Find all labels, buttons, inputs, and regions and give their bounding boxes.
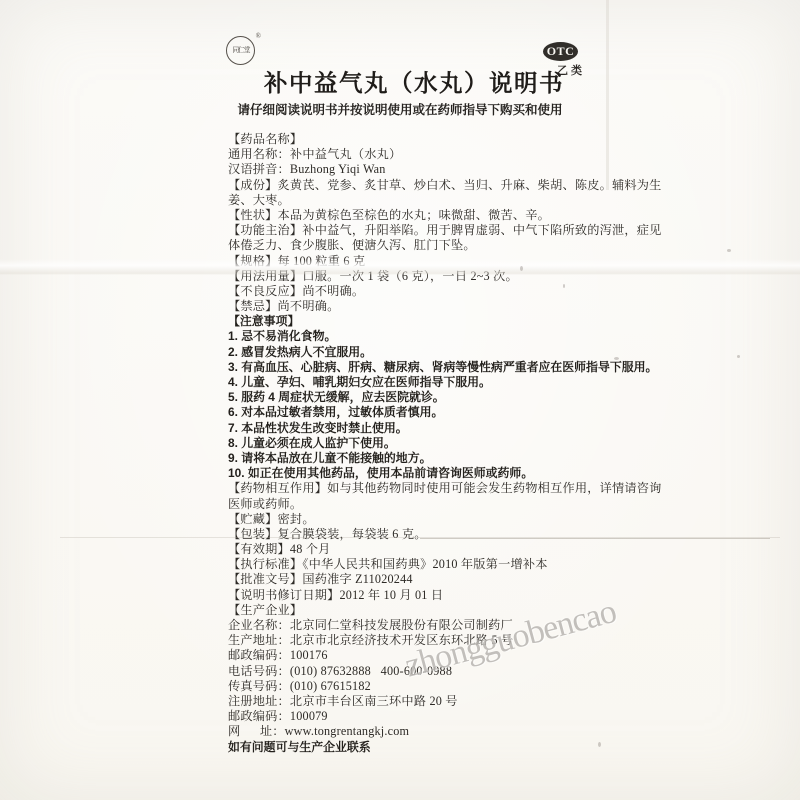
- body-line: 【有效期】48 个月: [228, 542, 662, 557]
- paper-speck: [520, 266, 523, 271]
- body-line: 邮政编码：100079: [228, 709, 662, 724]
- paper-streak: [606, 0, 609, 190]
- paper-speck: [563, 284, 565, 288]
- body-line: 10. 如正在使用其他药品，使用本品前请咨询医师或药师。: [228, 466, 662, 481]
- paper-speck: [737, 355, 740, 358]
- tongrentang-seal-logo: 同仁堂 ®: [226, 36, 255, 65]
- body-line: 8. 儿童必须在成人监护下使用。: [228, 436, 662, 451]
- paper-crease: [420, 538, 770, 539]
- body-line: 1. 忌不易消化食物。: [228, 329, 662, 344]
- seal-brand-text: 同仁堂: [232, 47, 249, 54]
- body-line: 【贮藏】密封。: [228, 512, 662, 527]
- body-line: 【批准文号】国药准字 Z11020244: [228, 572, 662, 587]
- body-line: 【不良反应】尚不明确。: [228, 284, 662, 299]
- body-line: 通用名称：补中益气丸（水丸）: [228, 147, 662, 162]
- body-line: 汉语拼音：Buzhong Yiqi Wan: [228, 162, 662, 177]
- body-line: 7. 本品性状发生改变时禁止使用。: [228, 421, 662, 436]
- page-title: 补中益气丸（水丸）说明书: [0, 64, 800, 98]
- body-line: 体倦乏力、食少腹胀、便溏久泻、肛门下坠。: [228, 238, 662, 253]
- page-subtitle: 请仔细阅读说明书并按说明使用或在药师指导下购买和使用: [0, 100, 800, 118]
- body-line: 3. 有高血压、心脏病、肝病、糖尿病、肾病等慢性病严重者应在医师指导下服用。: [228, 360, 662, 375]
- leaflet-page: 同仁堂 ® OTC 乙类 补中益气丸（水丸）说明书 请仔细阅读说明书并按说明使用…: [0, 0, 800, 800]
- body-line: 【药物相互作用】如与其他药物同时使用可能会发生药物相互作用，详情请咨询: [228, 481, 662, 496]
- otc-label: OTC: [547, 44, 575, 59]
- body-line: 网 址：www.tongrentangkj.com: [228, 724, 662, 739]
- body-line: 9. 请将本品放在儿童不能接触的地方。: [228, 451, 662, 466]
- body-line: 医师或药师。: [228, 497, 662, 512]
- paper-speck: [614, 357, 619, 360]
- body-line: 【禁忌】尚不明确。: [228, 299, 662, 314]
- body-line: 6. 对本品过敏者禁用，过敏体质者慎用。: [228, 405, 662, 420]
- body-line: 姜、大枣。: [228, 193, 662, 208]
- body-line: 【注意事项】: [228, 314, 662, 329]
- body-line: 2. 感冒发热病人不宜服用。: [228, 345, 662, 360]
- paper-crease: [0, 259, 800, 275]
- body-line: 【药品名称】: [228, 132, 662, 147]
- registered-trademark-icon: ®: [256, 32, 261, 40]
- body-line: 【包装】复合膜袋装，每袋装 6 克。: [228, 527, 662, 542]
- body-line: 【执行标准】《中华人民共和国药典》2010 年版第一增补本: [228, 557, 662, 572]
- body-line: 【性状】本品为黄棕色至棕色的水丸；味微甜、微苦、辛。: [228, 208, 662, 223]
- body-line: 注册地址：北京市丰台区南三环中路 20 号: [228, 694, 662, 709]
- paper-speck: [598, 742, 601, 747]
- body-line: 5. 服药 4 周症状无缓解，应去医院就诊。: [228, 390, 662, 405]
- otc-oval-icon: OTC: [543, 42, 578, 61]
- body-line: 4. 儿童、孕妇、哺乳期妇女应在医师指导下服用。: [228, 375, 662, 390]
- body-line: 【成份】炙黄芪、党参、炙甘草、炒白术、当归、升麻、柴胡、陈皮。辅料为生: [228, 178, 662, 193]
- body-line: 如有问题可与生产企业联系: [228, 740, 662, 755]
- paper-speck: [727, 249, 731, 252]
- body-line: 传真号码：(010) 67615182: [228, 679, 662, 694]
- body-line: 【功能主治】补中益气，升阳举陷。用于脾胃虚弱、中气下陷所致的泻泄，症见: [228, 223, 662, 238]
